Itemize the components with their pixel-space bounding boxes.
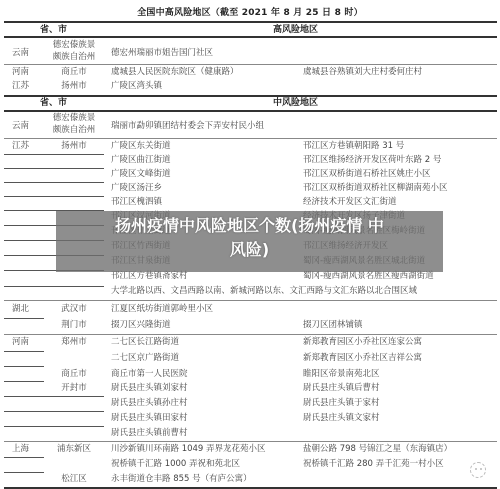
city-cell: 郑州市	[44, 335, 104, 349]
area-cell: 掇刀区团林铺镇	[303, 318, 363, 332]
divider	[4, 381, 44, 382]
header-prov-city: 省、市	[40, 23, 67, 37]
divider	[4, 196, 104, 197]
city-cell: 武汉市	[44, 302, 104, 316]
area-cell: 经济技术开发区文汇街道	[303, 195, 397, 209]
document-title: 全国中高风险地区（截至 2021 年 8 月 25 日 8 时）	[0, 5, 500, 18]
area-cell: 邗江区双桥街道石桥社区姚庄小区	[303, 167, 431, 181]
divider	[4, 154, 104, 155]
header-prov-city: 省、市	[40, 96, 67, 110]
divider	[4, 426, 104, 427]
area-cell: 二七区长江路街道	[111, 335, 179, 349]
area-cell: 尉氏县庄头镇刘家村	[111, 381, 188, 395]
area-cell: 江夏区纸坊街道郭岭里小区	[111, 302, 213, 316]
area-cell: 瑞丽市勐卯镇团结村委会下弄安村民小组	[111, 119, 264, 133]
divider	[4, 21, 497, 23]
divider	[4, 95, 497, 97]
caption-line-1: 扬州疫情中风险地区个数(扬州疫情 中	[56, 214, 443, 238]
area-cell: 尉氏县庄头镇文家村	[303, 411, 380, 425]
city-cell: 荆门市	[44, 318, 104, 332]
divider	[4, 286, 104, 287]
area-cell: 二七区京广路街道	[111, 351, 179, 365]
divider	[4, 182, 104, 183]
area-cell: 尉氏县庄头镇后曹村	[303, 381, 380, 395]
wechat-watermark-icon	[470, 462, 486, 478]
province-cell: 江苏	[12, 79, 29, 93]
area-cell: 商丘市第一人民医院	[111, 367, 188, 381]
city-line: 颇族自治州	[44, 51, 104, 63]
area-cell: 新郑教育园区小乔社区连家公寓	[303, 335, 422, 349]
city-cell: 扬州市	[44, 79, 104, 93]
area-cell: 尉氏县庄头镇孙庄村	[111, 396, 188, 410]
divider	[4, 411, 104, 412]
city-cell: 开封市	[44, 381, 104, 395]
area-cell: 邗江区双桥街道双桥社区柳湖南苑小区	[303, 181, 448, 195]
area-cell: 德宏州瑞丽市姐告国门社区	[111, 46, 213, 60]
city-cell: 商丘市	[44, 65, 104, 79]
area-cell: 大学北路以西、文昌西路以南、新城河路以东、文汇西路与文汇东路以北合围区域	[111, 284, 417, 298]
area-cell: 虞城县谷熟镇刘大庄村委何庄村	[303, 65, 422, 79]
divider	[4, 36, 497, 38]
city-line: 德宏傣族景	[44, 39, 104, 51]
area-cell: 盐朝公路 798 号锦江之星（东海镇店）	[303, 442, 452, 456]
city-line: 德宏傣族景	[44, 112, 104, 124]
caption-text: 扬州疫情中风险地区个数(扬州疫情 中 风险)	[56, 214, 443, 262]
province-cell: 上海	[12, 442, 29, 456]
province-cell: 河南	[12, 335, 29, 349]
area-cell: 川沙新镇川环南路 1049 弄界龙花苑小区	[111, 442, 266, 456]
province-cell: 河南	[12, 65, 29, 79]
header-mid-risk: 中风险地区	[273, 96, 318, 110]
area-cell: 尉氏县庄头镇田家村	[111, 411, 188, 425]
city-cell: 浦东新区	[44, 442, 104, 456]
area-cell: 邗江区槐泗镇	[111, 195, 162, 209]
province-cell: 云南	[12, 46, 29, 60]
divider	[4, 487, 497, 489]
divider	[4, 351, 44, 352]
province-cell: 湖北	[12, 302, 29, 316]
area-cell: 广陵区东关街道	[111, 139, 171, 153]
caption-line-2: 风险)	[56, 238, 443, 262]
divider	[4, 318, 44, 319]
area-cell: 祝桥镇千汇路 1000 弄祝和苑北区	[111, 457, 240, 471]
area-cell: 尉氏县庄头镇前曹村	[111, 426, 188, 440]
area-cell: 尉氏县庄头镇于家村	[303, 396, 380, 410]
area-cell: 虞城县人民医院东院区（健康路）	[111, 65, 239, 79]
city-cell: 商丘市	[44, 367, 104, 381]
city-cell: 德宏傣族景 颇族自治州	[44, 39, 104, 63]
city-line: 颇族自治州	[44, 124, 104, 136]
area-cell: 广陵区汤汪乡	[111, 181, 162, 195]
area-cell: 广陵区曲江街道	[111, 153, 171, 167]
province-cell: 江苏	[12, 139, 29, 153]
divider	[4, 168, 104, 169]
divider	[4, 472, 44, 473]
area-cell: 邗江区维扬经济开发区荷叶东路 2 号	[303, 153, 441, 167]
area-cell: 广陵区文峰街道	[111, 167, 171, 181]
area-cell: 永丰街道仓丰路 855 号（有庐公寓）	[111, 472, 252, 486]
area-cell: 祝桥镇千汇路 280 弄千汇苑一村小区	[303, 457, 444, 471]
area-cell: 掇刀区兴隆街道	[111, 318, 171, 332]
divider	[4, 366, 44, 367]
divider	[4, 396, 104, 397]
area-cell: 邗江区方巷镇朝阳路 31 号	[303, 139, 404, 153]
area-cell: 广陵区湾头镇	[111, 79, 162, 93]
area-cell: 新郑教育园区小乔社区吉祥公寓	[303, 351, 422, 365]
city-cell: 扬州市	[44, 139, 104, 153]
area-cell: 睢阳区帝景南苑北区	[303, 367, 380, 381]
divider	[4, 457, 44, 458]
city-cell: 松江区	[44, 472, 104, 486]
header-high-risk: 高风险地区	[273, 23, 318, 37]
province-cell: 云南	[12, 119, 29, 133]
divider	[4, 300, 497, 301]
city-cell: 德宏傣族景 颇族自治州	[44, 112, 104, 136]
